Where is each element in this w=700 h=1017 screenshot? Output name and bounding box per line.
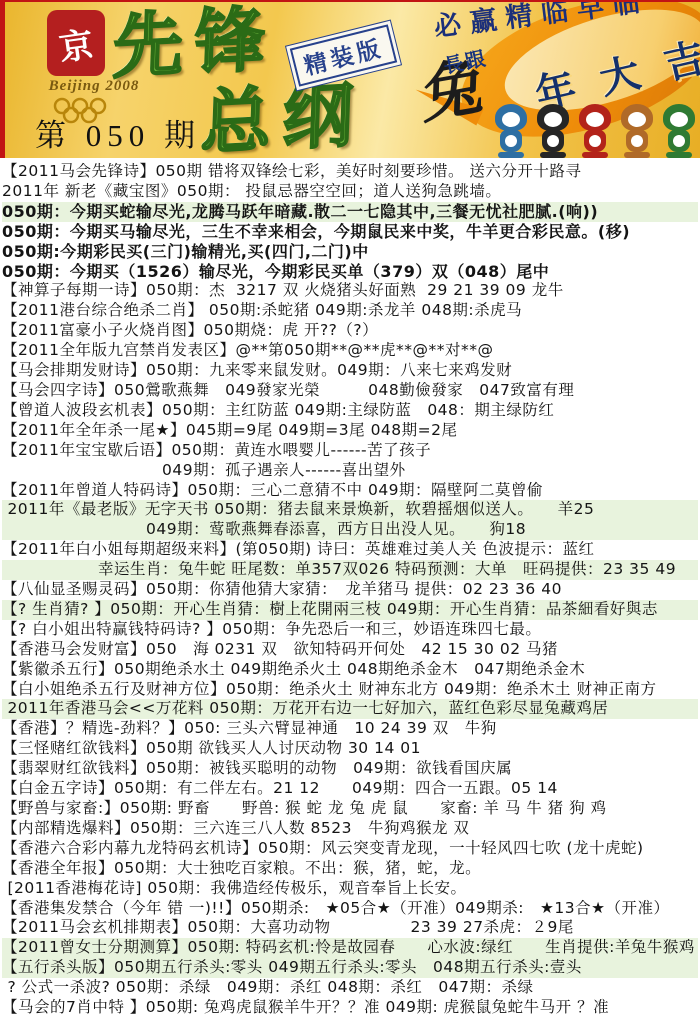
text-line: 【2011年宝宝歇后语】050期：黄连水喂婴儿------苦了孩子 — [2, 441, 698, 461]
text-line: 【三怪赌红欲钱料】050期 欲钱买人人讨厌动物 30 14 01 — [2, 739, 698, 759]
text-line: 【? 白小姐出特赢钱特码诗? 】050期：争先恐后一和三，妙语连珠四七最。 — [2, 620, 698, 640]
text-line: 【香港马会发财富】050 海 0231 双 欲知特码开何处 42 15 30 0… — [2, 640, 698, 660]
fuwa-nini-green-icon — [662, 104, 696, 158]
text-line: 【2011年曾道人特码诗】050期：三心二意猜不中 049期：隔壁阿二莫曾偷 — [2, 481, 698, 501]
fuwa-mascots — [494, 104, 696, 158]
text-line: 2011年 新老《藏宝图》050期： 投鼠忌器空空回；道人送狗急跳墙。 — [2, 182, 698, 202]
text-line: 【香港集发禁合（今年 错 一)!!】050期杀: ★05合★（开准）049期杀:… — [2, 899, 698, 919]
text-line: 幸运生肖：兔牛蛇 旺尾数：单357双026 特码预测：大单 旺码提供：23 35… — [2, 560, 698, 580]
text-line: 【香港全年报】050期：大士独吃百家粮。不出：猴，猪，蛇，龙。 — [2, 859, 698, 879]
text-line: 049期：孤子遇亲人------喜出望外 — [2, 461, 698, 481]
masthead: 京 Beijing 2008 第 050 期 先锋 总纲 精装版 必赢精临早临 … — [0, 0, 700, 158]
text-line: 【香港】？精选-劲料？】050: 三头六臂显神通 10 24 39 双 牛狗 — [2, 719, 698, 739]
text-line: 【马会排期发财诗】050期：九来零来鼠发财。049期：八来七来鸡发财 — [2, 361, 698, 381]
text-line: 【八仙显圣赐灵码】050期：你猜他猜大家猜： 龙羊猪马 提供：02 23 36 … — [2, 580, 698, 600]
text-line: 【马会四字诗】050鶯歌燕舞 049發家光榮 048勤儉發家 047致富有理 — [2, 381, 698, 401]
text-line: 【白金五字诗】050期：有二伴左右。21 12 049期：四合一五跟。05 14 — [2, 779, 698, 799]
text-line: [2011香港梅花诗] 050期：我佛造经传极乐，观音奉旨上长安。 — [2, 879, 698, 899]
text-line: 【2011马会先锋诗】050期 错将双锋绘七彩，美好时刻要珍惜。 送六分开十路寻 — [2, 162, 698, 182]
text-line: 2011年《最老版》无字天书 050期：猪去鼠来景焕新，软碧摇烟似送人。 羊25 — [2, 500, 698, 520]
text-line: 【2011曾女士分期测算】050期: 特码玄机:怜是故园春 心水波:绿红 生肖提… — [2, 938, 698, 978]
page-title: 先锋 — [112, 4, 278, 83]
fuwa-beibei-blue-icon — [494, 104, 528, 158]
text-line: 050期：今期买蛇输尽光,龙腾马跃年暗藏.散二一七隐其中,三餐无忧社肥腻.(响)… — [2, 202, 698, 222]
issue-number: 第 050 期 — [35, 110, 201, 155]
text-line: 2011年香港马会<<万花料 050期：万花开右边一七好加六，蓝红色彩尽显兔藏鸡… — [2, 699, 698, 719]
text-line: 【2011马会玄机排期表】050期：大喜功动物 23 39 27杀虎：２9尾 — [2, 918, 698, 938]
text-line: 【2011全年版九宫禁肖发表区】@**第050期**@**虎**@**对**@ — [2, 341, 698, 361]
text-line: 【紫徽杀五行】050期绝杀水土 049期绝杀火土 048期绝杀金木 047期绝杀… — [2, 660, 698, 680]
text-line: 050期：今期买（1526）输尽光，今期彩民买单（379）双（048）尾中 — [2, 262, 698, 282]
text-line: 【神算子每期一诗】050期：杰 3217 双 火烧猪头好面熟 29 21 39 … — [2, 281, 698, 301]
text-line: 【翡翠财红欲钱料】050期：被钱买聪明的动物 049期：欲钱看国庆属 — [2, 759, 698, 779]
text-line: 【内部精选爆料】050期：三六连三八人数 8523 牛狗鸡猴龙 双 — [2, 819, 698, 839]
text-line: 【马会的7肖中特 】050期: 兔鸡虎鼠猴羊牛开？？准 049期: 虎猴鼠兔蛇牛… — [2, 998, 698, 1017]
beijing-seal-icon: 京 — [47, 10, 105, 76]
page-title-line2: 总纲 — [200, 80, 366, 158]
fuwa-huanhuan-red-icon — [578, 104, 612, 158]
text-line: 【白小姐绝杀五行及财神方位】050期：绝杀火土 财神东北方 049期：绝杀木土 … — [2, 680, 698, 700]
stamp-label: 精装版 — [302, 36, 387, 81]
text-line: 【香港六合彩内幕九龙特码玄机诗】050期：风云突变青龙现，一十轻风四七吹 (龙十… — [2, 839, 698, 859]
text-line: 【野兽与家畜:】050期: 野畜 野兽: 猴 蛇 龙 兔 虎 鼠 家畜: 羊 马… — [2, 799, 698, 819]
fuwa-yingying-orange-icon — [620, 104, 654, 158]
text-line: 【? 生肖猜? 】050期：开心生肖猜：樹上花開兩三枝 049期：开心生肖猜：品… — [2, 600, 698, 620]
text-line: 050期：今期买马输尽光，三生不幸来相会，今期鼠民来中奖，牛羊更合彩民意。(移) — [2, 222, 698, 242]
text-line: 【曾道人波段玄机表】050期：主红防蓝 049期:主绿防蓝 048：期主绿防红 — [2, 401, 698, 421]
fuwa-jingjing-panda-icon — [536, 104, 570, 158]
tipsheet-page: 京 Beijing 2008 第 050 期 先锋 总纲 精装版 必赢精临早临 … — [0, 0, 700, 1017]
text-line: ? 公式一杀波? 050期：杀绿 049期：杀红 048期：杀红 047期：杀绿 — [2, 978, 698, 998]
body-lines: 【2011马会先锋诗】050期 错将双锋绘七彩，美好时刻要珍惜。 送六分开十路寻… — [0, 158, 700, 1017]
seal-figure: 京 — [56, 16, 96, 69]
text-line: 049期：莺歌燕舞春添喜，西方日出没人见。 狗18 — [2, 520, 698, 540]
text-line: 【2011年全年杀一尾★】045期=9尾 049期=3尾 048期=2尾 — [2, 421, 698, 441]
text-line: 050期:今期彩民买(三门)输精光,买(四门,二门)中 — [2, 242, 698, 262]
text-line: 【2011港台综合绝杀二肖】 050期:杀蛇猪 049期:杀龙羊 048期:杀虎… — [2, 301, 698, 321]
text-line: 【2011年白小姐每期超级来料】(第050期) 诗曰：英雄难过美人关 色波提示：… — [2, 540, 698, 560]
text-line: 【2011富豪小子火烧肖图】050期烧：虎 开??（?） — [2, 321, 698, 341]
